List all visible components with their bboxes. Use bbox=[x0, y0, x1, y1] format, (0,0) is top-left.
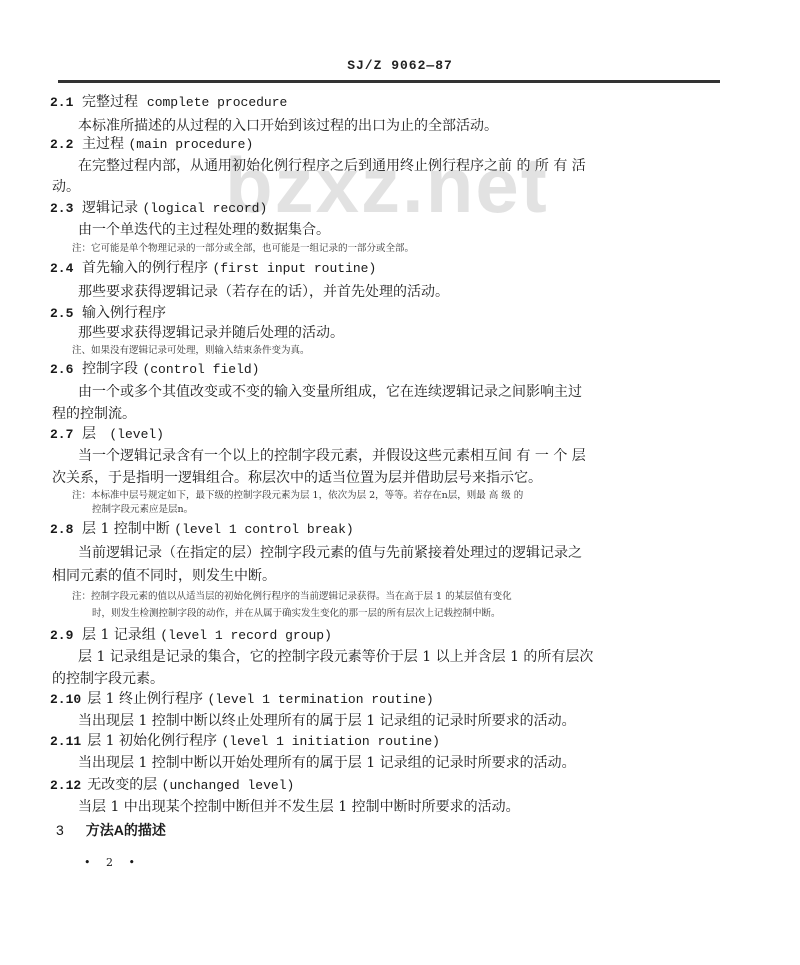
term-definition: 由一个或多个其值改变或不变的输入变量所组成，它在连续逻辑记录之间影响主过 bbox=[78, 383, 582, 401]
term-heading: 2.3逻辑记录 (logical record) bbox=[50, 199, 267, 218]
term-heading: 2.2主过程 (main procedure) bbox=[50, 135, 253, 154]
term-heading: 2.9层 1 记录组 (level 1 record group) bbox=[50, 626, 332, 645]
term-definition-cont: 次关系，于是指明一逻辑组合。称层次中的适当位置为层并借助层号来指示它。 bbox=[52, 469, 542, 487]
term-heading: 2.10层 1 终止例行程序 (level 1 termination rout… bbox=[50, 690, 434, 709]
term-definition: 层 1 记录组是记录的集合，它的控制字段元素等价于层 1 以上并含层 1 的所有… bbox=[78, 648, 593, 666]
term-heading: 2.7层 (level) bbox=[50, 425, 164, 444]
document-page: SJ/Z 9062—87 bzxz.net 2.1完整过程 complete p… bbox=[0, 0, 800, 965]
term-note: 注：它可能是单个物理记录的一部分或全部，也可能是一组记录的一部分或全部。 bbox=[72, 242, 414, 255]
term-heading: 2.6控制字段 (control field) bbox=[50, 360, 259, 379]
term-note: 注：本标准中层号规定如下，最下级的控制字段元素为层 1，依次为层 2，等等。若存… bbox=[72, 489, 523, 502]
term-note-cont: 时，则发生检测控制字段的动作，并在从属于确实发生变化的那一层的所有层次上记载控制… bbox=[92, 607, 501, 620]
term-definition-cont: 程的控制流。 bbox=[52, 405, 136, 423]
watermark: bzxz.net bbox=[225, 140, 549, 231]
term-note: 注、如果没有逻辑记录可处理，则输入结束条件变为真。 bbox=[72, 344, 310, 357]
document-code-header: SJ/Z 9062—87 bbox=[0, 58, 800, 73]
header-rule bbox=[58, 80, 720, 83]
term-definition: 在完整过程内部，从通用初始化例行程序之后到通用终止例行程序之前 的 所 有 活 bbox=[78, 157, 586, 175]
term-definition: 那些要求获得逻辑记录并随后处理的活动。 bbox=[78, 324, 344, 342]
page-number: • 2 • bbox=[84, 856, 141, 869]
term-heading: 2.5输入例行程序 bbox=[50, 304, 166, 323]
term-definition: 由一个单迭代的主过程处理的数据集合。 bbox=[78, 221, 330, 239]
term-note: 注：控制字段元素的值以从适当层的初始化例行程序的当前逻辑记录获得。当在高于层 1… bbox=[72, 590, 512, 603]
term-heading: 2.8层 1 控制中断 (level 1 control break) bbox=[50, 520, 354, 539]
term-definition: 本标准所描述的从过程的入口开始到该过程的出口为止的全部活动。 bbox=[78, 117, 498, 135]
term-definition: 当出现层 1 控制中断以终止处理所有的属于层 1 记录组的记录时所要求的活动。 bbox=[78, 712, 576, 730]
term-definition-cont: 相同元素的值不同时，则发生中断。 bbox=[52, 567, 276, 585]
term-heading: 2.11层 1 初始化例行程序 (level 1 initiation rout… bbox=[50, 732, 440, 751]
term-heading: 2.4首先输入的例行程序 (first input routine) bbox=[50, 259, 376, 278]
term-definition: 当出现层 1 控制中断以开始处理所有的属于层 1 记录组的记录时所要求的活动。 bbox=[78, 754, 576, 772]
term-definition: 当层 1 中出现某个控制中断但并不发生层 1 控制中断时所要求的活动。 bbox=[78, 798, 520, 816]
section-heading: 3方法A的描述 bbox=[56, 821, 166, 839]
term-heading: 2.12无改变的层 (unchanged level) bbox=[50, 776, 294, 795]
term-definition: 当一个逻辑记录含有一个以上的控制字段元素，并假设这些元素相互间 有 一 个 层 bbox=[78, 447, 586, 465]
term-definition: 那些要求获得逻辑记录（若存在的话），并首先处理的活动。 bbox=[78, 283, 449, 301]
term-definition-cont: 动。 bbox=[52, 178, 80, 196]
term-note-cont: 控制字段元素应是层n。 bbox=[92, 503, 193, 516]
term-definition-cont: 的控制字段元素。 bbox=[52, 670, 164, 688]
term-definition: 当前逻辑记录（在指定的层）控制字段元素的值与先前紧接着处理过的逻辑记录之 bbox=[78, 544, 582, 562]
term-heading: 2.1完整过程 complete procedure bbox=[50, 93, 287, 112]
